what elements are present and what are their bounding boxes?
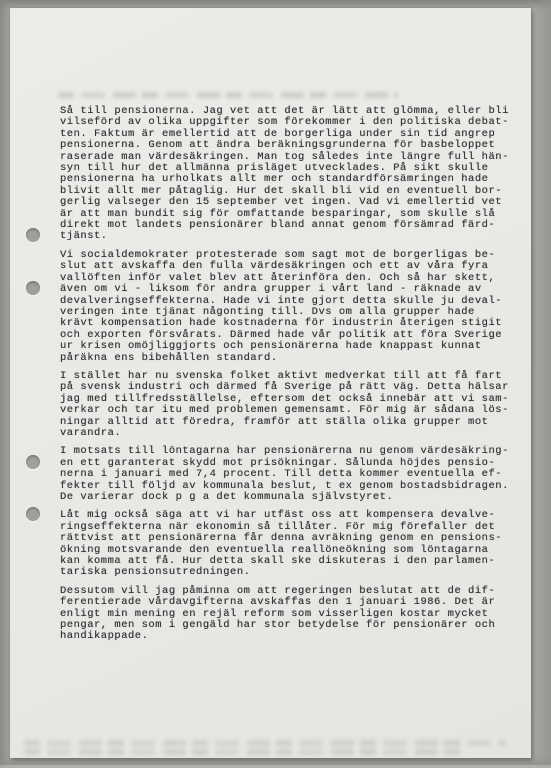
ink-showthrough-top — [58, 92, 398, 101]
punch-hole — [26, 507, 40, 521]
punch-hole — [26, 455, 40, 469]
photo-edge-right — [535, 0, 551, 768]
paragraph: Låt mig också säga att vi har utfäst oss… — [60, 510, 525, 578]
paragraph: I motsats till löntagarna har pensionäre… — [60, 446, 525, 503]
paragraph: Vi socialdemokrater protesterade som sag… — [60, 250, 525, 364]
paragraph: Så till pensionerna. Jag vet att det är … — [60, 106, 525, 243]
paragraph: Dessutom vill jag påminna om att regerin… — [60, 586, 525, 643]
punch-hole — [26, 228, 40, 242]
photo-background: Så till pensionerna. Jag vet att det är … — [0, 0, 551, 768]
ink-showthrough-bottom — [24, 740, 506, 758]
paper: Så till pensionerna. Jag vet att det är … — [10, 8, 531, 758]
punch-hole — [26, 281, 40, 295]
document-text: Så till pensionerna. Jag vet att det är … — [60, 106, 525, 650]
paragraph: I stället har nu svenska folket aktivt m… — [60, 371, 525, 439]
